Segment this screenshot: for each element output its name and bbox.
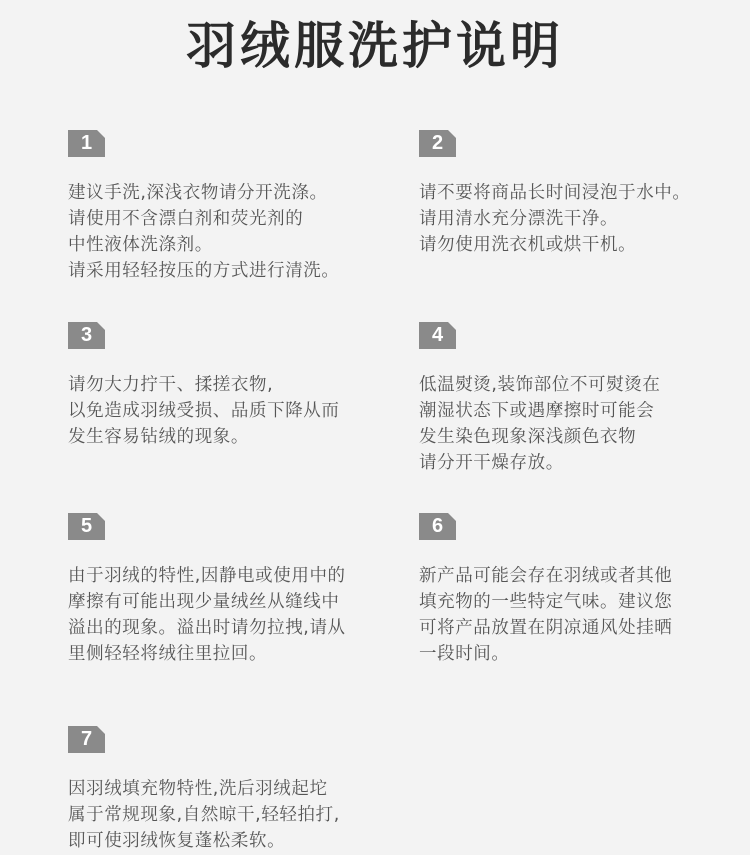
step-number-badge: 5 [68,513,105,540]
instruction-line: 建议手洗,深浅衣物请分开洗涤。 [68,180,388,206]
step-number-badge: 1 [68,130,105,157]
care-instruction-text: 请勿大力拧干、揉搓衣物, 以免造成羽绒受损、品质下降从而 发生容易钻绒的现象。 [68,372,388,450]
step-number-badge: 4 [419,322,456,349]
care-instruction-text: 低温熨烫,装饰部位不可熨烫在 潮湿状态下或遇摩擦时可能会 发生染色现象深浅颜色衣… [419,372,739,476]
instruction-line: 以免造成羽绒受损、品质下降从而 [68,398,388,424]
instruction-line: 即可使羽绒恢复蓬松柔软。 [68,828,388,854]
care-section-5: 5 由于羽绒的特性,因静电或使用中的 摩擦有可能出现少量绒丝从缝线中 溢出的现象… [68,513,388,667]
instruction-line: 请用清水充分漂洗干净。 [419,206,739,232]
step-number-badge: 6 [419,513,456,540]
care-instruction-text: 新产品可能会存在羽绒或者其他 填充物的一些特定气味。建议您 可将产品放置在阴凉通… [419,563,739,667]
instruction-line: 低温熨烫,装饰部位不可熨烫在 [419,372,739,398]
care-instruction-text: 由于羽绒的特性,因静电或使用中的 摩擦有可能出现少量绒丝从缝线中 溢出的现象。溢… [68,563,388,667]
instruction-line: 请勿大力拧干、揉搓衣物, [68,372,388,398]
instruction-line: 一段时间。 [419,641,739,667]
instruction-line: 由于羽绒的特性,因静电或使用中的 [68,563,388,589]
instruction-line: 因羽绒填充物特性,洗后羽绒起坨 [68,776,388,802]
instruction-line: 可将产品放置在阴凉通风处挂晒 [419,615,739,641]
care-instruction-text: 建议手洗,深浅衣物请分开洗涤。 请使用不含漂白剂和荧光剂的 中性液体洗涤剂。 请… [68,180,388,284]
instruction-line: 请不要将商品长时间浸泡于水中。 [419,180,739,206]
instruction-line: 请分开干燥存放。 [419,450,739,476]
instruction-line: 请采用轻轻按压的方式进行清洗。 [68,258,388,284]
instruction-line: 溢出的现象。溢出时请勿拉拽,请从 [68,615,388,641]
step-number-badge: 2 [419,130,456,157]
instruction-line: 新产品可能会存在羽绒或者其他 [419,563,739,589]
instruction-line: 请勿使用洗衣机或烘干机。 [419,232,739,258]
instruction-line: 中性液体洗涤剂。 [68,232,388,258]
care-instruction-text: 请不要将商品长时间浸泡于水中。 请用清水充分漂洗干净。 请勿使用洗衣机或烘干机。 [419,180,739,258]
instruction-line: 摩擦有可能出现少量绒丝从缝线中 [68,589,388,615]
care-section-6: 6 新产品可能会存在羽绒或者其他 填充物的一些特定气味。建议您 可将产品放置在阴… [419,513,739,667]
instruction-line: 里侧轻轻将绒往里拉回。 [68,641,388,667]
care-section-1: 1 建议手洗,深浅衣物请分开洗涤。 请使用不含漂白剂和荧光剂的 中性液体洗涤剂。… [68,130,388,284]
step-number-badge: 3 [68,322,105,349]
step-number-badge: 7 [68,726,105,753]
care-section-7: 7 因羽绒填充物特性,洗后羽绒起坨 属于常规现象,自然晾干,轻轻拍打, 即可使羽… [68,726,388,854]
instruction-line: 填充物的一些特定气味。建议您 [419,589,739,615]
instruction-line: 发生容易钻绒的现象。 [68,424,388,450]
instruction-line: 发生染色现象深浅颜色衣物 [419,424,739,450]
care-instruction-text: 因羽绒填充物特性,洗后羽绒起坨 属于常规现象,自然晾干,轻轻拍打, 即可使羽绒恢… [68,776,388,854]
page-title: 羽绒服洗护说明 [0,14,750,78]
instruction-line: 属于常规现象,自然晾干,轻轻拍打, [68,802,388,828]
care-section-3: 3 请勿大力拧干、揉搓衣物, 以免造成羽绒受损、品质下降从而 发生容易钻绒的现象… [68,322,388,450]
instruction-line: 潮湿状态下或遇摩擦时可能会 [419,398,739,424]
care-section-2: 2 请不要将商品长时间浸泡于水中。 请用清水充分漂洗干净。 请勿使用洗衣机或烘干… [419,130,739,258]
instruction-line: 请使用不含漂白剂和荧光剂的 [68,206,388,232]
care-section-4: 4 低温熨烫,装饰部位不可熨烫在 潮湿状态下或遇摩擦时可能会 发生染色现象深浅颜… [419,322,739,476]
